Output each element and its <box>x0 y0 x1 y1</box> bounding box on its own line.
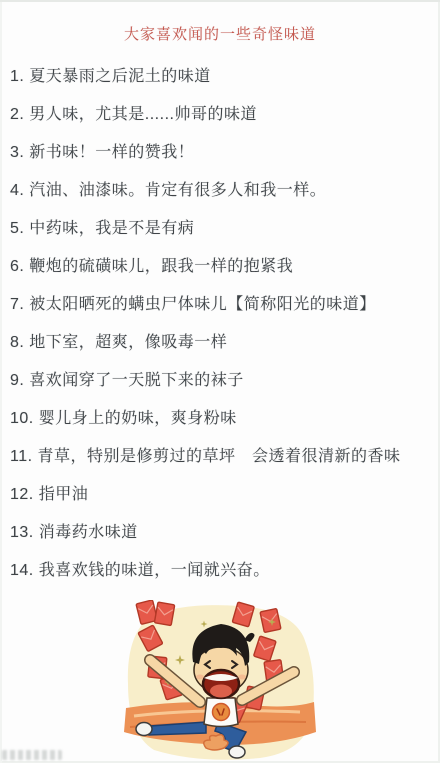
red-envelope <box>260 608 281 632</box>
list-item: 10. 婴儿身上的奶味，爽身粉味 <box>10 410 432 427</box>
list-item: 4. 汽油、油漆味。肯定有很多人和我一样。 <box>10 182 432 199</box>
red-envelope <box>154 602 174 626</box>
list-item: 13. 消毒药水味道 <box>10 524 432 541</box>
list-item: 5. 中药味，我是不是有病 <box>10 220 432 237</box>
list-item: 1. 夏天暴雨之后泥土的味道 <box>10 68 432 85</box>
page: 大家喜欢闻的一些奇怪味道 1. 夏天暴雨之后泥土的味道 2. 男人味，尤其是..… <box>0 0 440 763</box>
list-item: 8. 地下室，超爽，像吸毒一样 <box>10 334 432 351</box>
celebration-cartoon <box>0 600 440 763</box>
watermark <box>2 750 62 760</box>
smell-list: 1. 夏天暴雨之后泥土的味道 2. 男人味，尤其是......帅哥的味道 3. … <box>0 68 440 579</box>
list-item: 2. 男人味，尤其是......帅哥的味道 <box>10 106 432 123</box>
list-item: 6. 鞭炮的硫磺味儿，跟我一样的抱紧我 <box>10 258 432 275</box>
page-title: 大家喜欢闻的一些奇怪味道 <box>0 2 440 44</box>
list-item: 11. 青草，特别是修剪过的草坪 会透着很清新的香味 <box>10 448 432 465</box>
celebration-cartoon-svg <box>120 600 320 763</box>
coin-badge <box>213 704 230 721</box>
list-item: 7. 被太阳晒死的螨虫尸体味儿【简称阳光的味道】 <box>10 296 432 313</box>
list-item: 3. 新书味！一样的赞我！ <box>10 144 432 161</box>
list-item: 9. 喜欢闻穿了一天脱下来的袜子 <box>10 372 432 389</box>
list-item: 14. 我喜欢钱的味道，一闻就兴奋。 <box>10 562 432 579</box>
list-item: 12. 指甲油 <box>10 486 432 503</box>
